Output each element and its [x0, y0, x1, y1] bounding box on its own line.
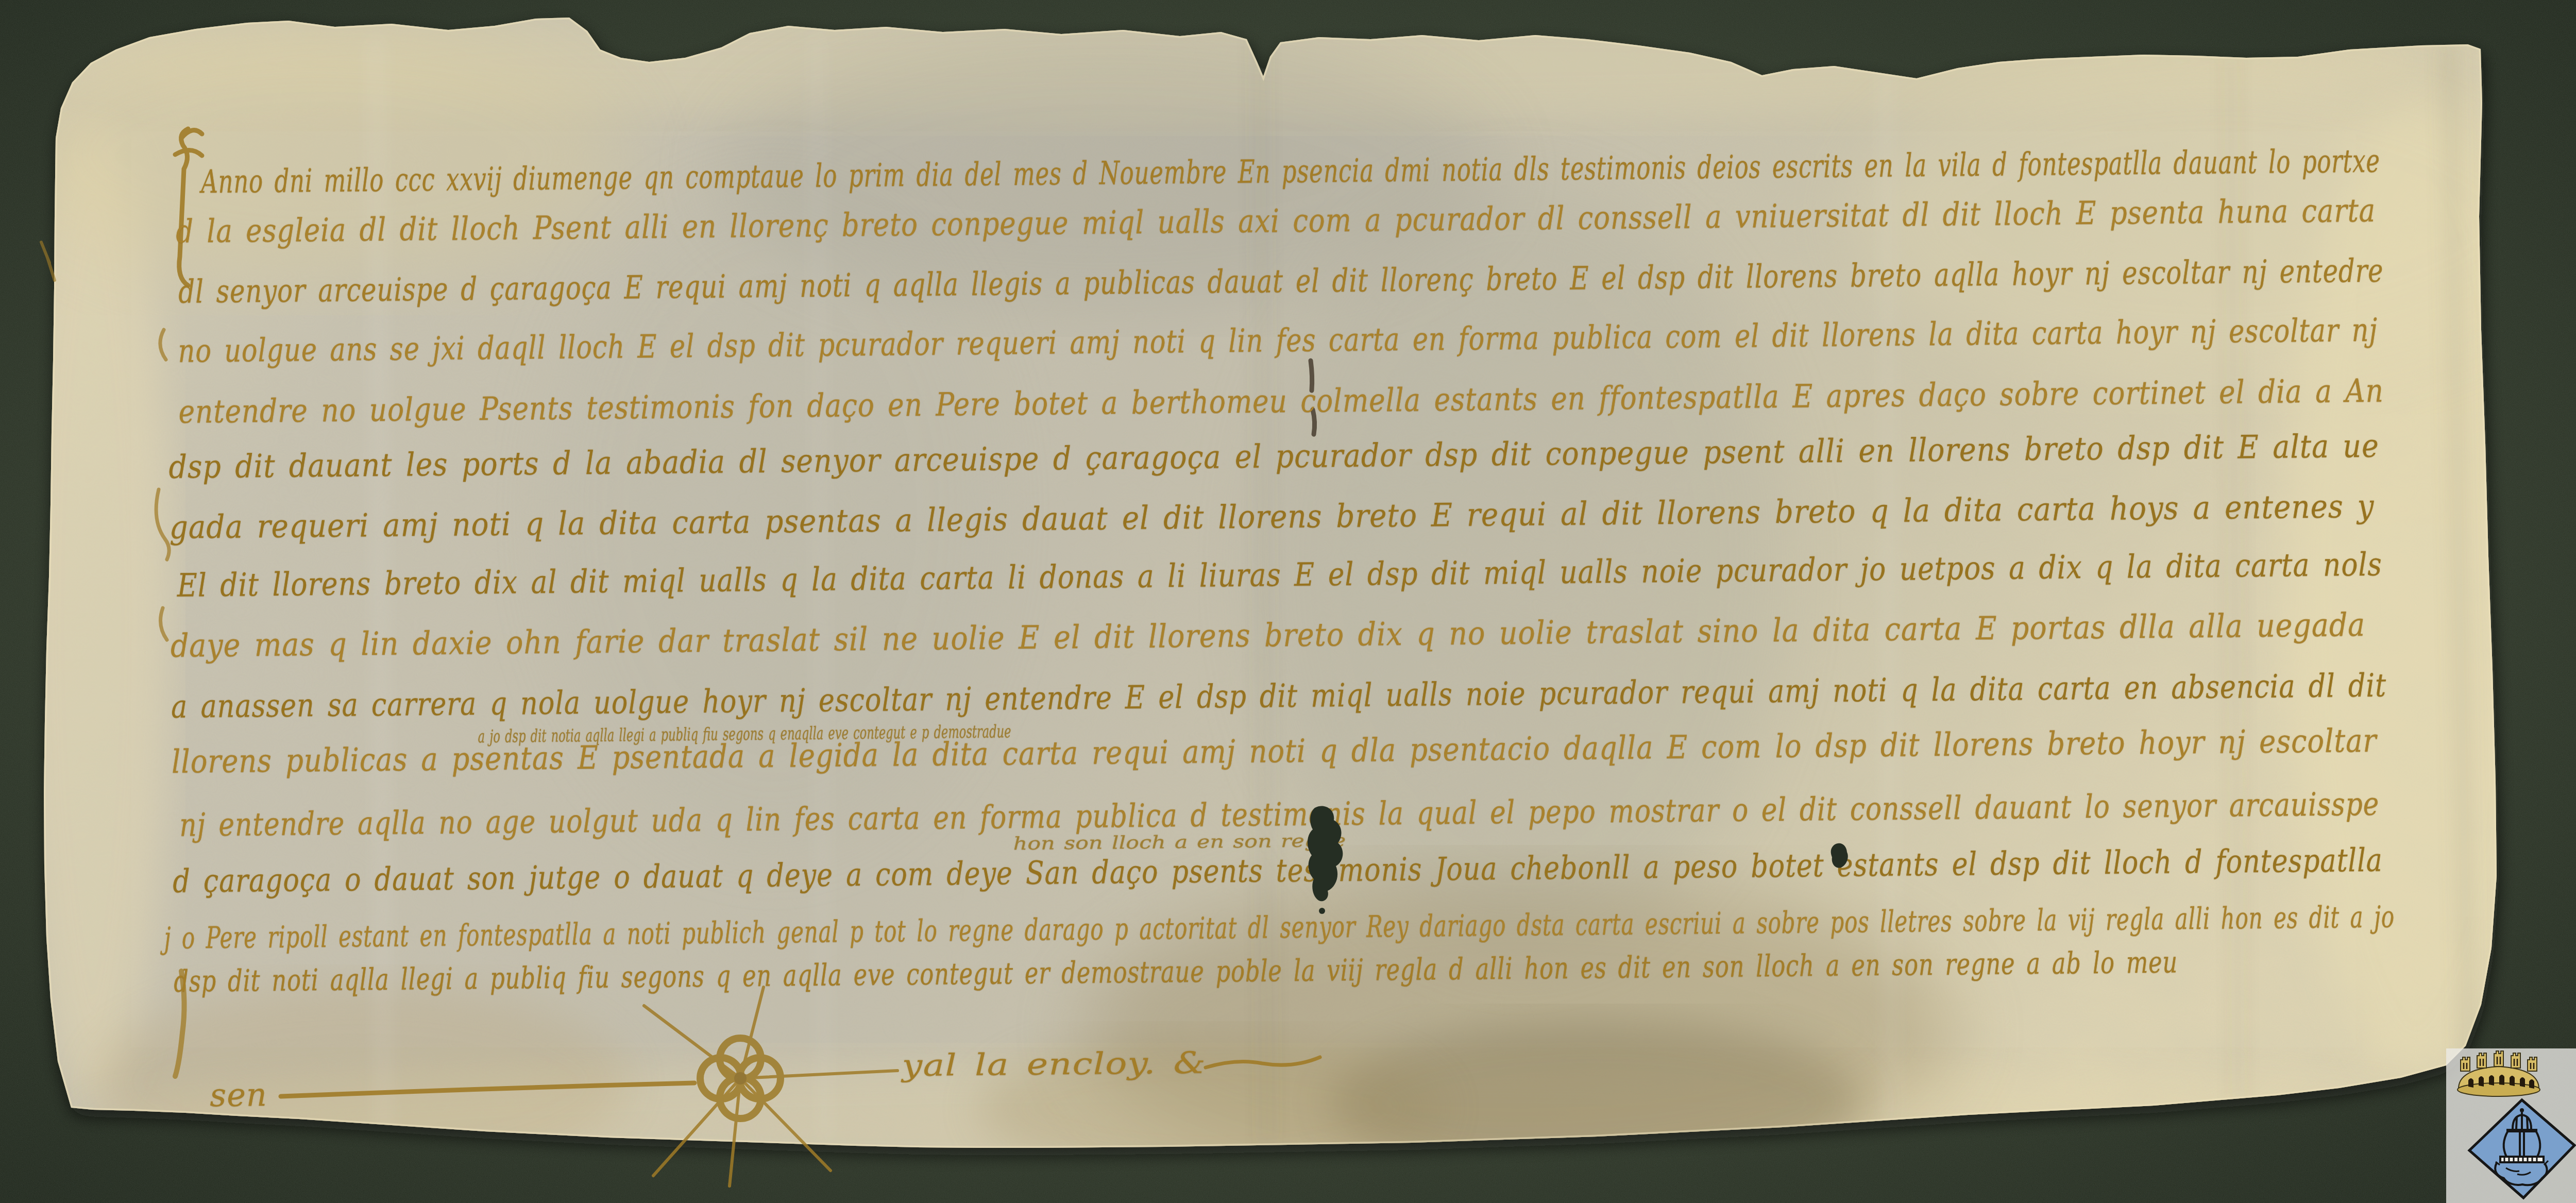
manuscript-text-layer: Anno dni millo ccc xxvij diumenge qn com… [0, 0, 2576, 1203]
manuscript-line: El dit llorens breto dix al dit miql ual… [177, 548, 2382, 601]
manuscript-interlinear-line: hon son lloch a en son regne [1013, 832, 1346, 853]
archive-watermark [2446, 1048, 2576, 1203]
manuscript-line: gada requeri amj noti q la dita carta ps… [169, 490, 2374, 544]
signature-left: sen [210, 1079, 267, 1111]
photo-stage: Anno dni millo ccc xxvij diumenge qn com… [0, 0, 2576, 1203]
manuscript-line: daye mas q lin daxie ohn farie dar trasl… [171, 609, 2366, 662]
manuscript-line: no uolgue ans se jxi daqll lloch E el ds… [178, 314, 2378, 367]
manuscript-line: d çaragoça o dauat son jutge o dauat q d… [173, 844, 2383, 897]
manuscript-line: d la esgleia dl dit lloch Psent alli en … [176, 195, 2376, 248]
manuscript-line: Anno dni millo ccc xxvij diumenge qn com… [201, 145, 2380, 198]
manuscript-line: dl senyor arceuispe d çaragoça E requi a… [178, 255, 2384, 308]
manuscript-line: dsp dit dauant les ports d la abadia dl … [168, 430, 2379, 483]
signature-right: yal la encloy. & [902, 1047, 1207, 1080]
manuscript-line: entendre no uolgue Psents testimonis fon… [178, 375, 2384, 428]
manuscript-line: dsp dit noti aqlla llegi a publiq fiu se… [174, 947, 2178, 996]
manuscript-line: a anassen sa carrera q nola uolgue hoyr … [171, 669, 2386, 722]
